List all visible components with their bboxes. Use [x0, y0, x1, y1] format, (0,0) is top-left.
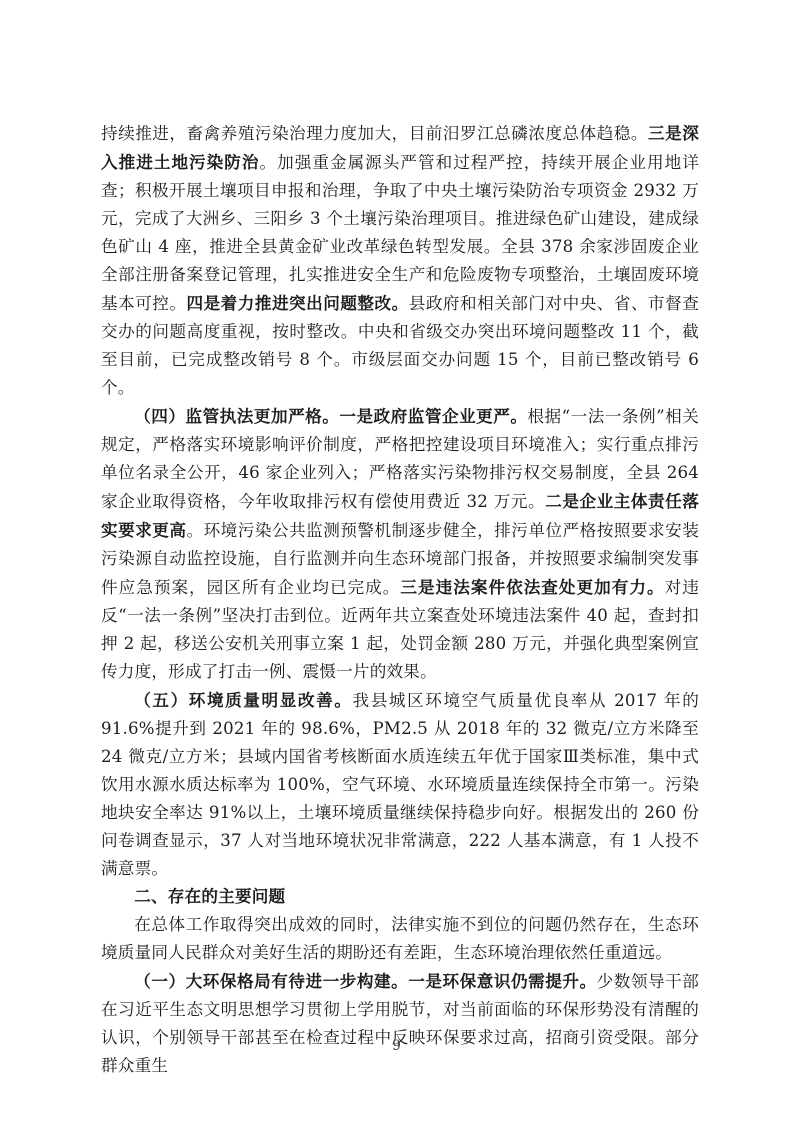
paragraph-problems-intro: 在总体工作取得突出成效的同时，法律实施不到位的问题仍然存在，生态环境质量同人民群… [101, 911, 699, 967]
text-run: 在总体工作取得突出成效的同时，法律实施不到位的问题仍然存在，生态环境质量同人民群… [101, 915, 699, 962]
page-number: 9 [0, 1038, 793, 1054]
section-heading-problems: 二、存在的主要问题 [101, 883, 699, 911]
text-run-bold: （四）监管执法更加严格。一是政府监管企业更严。 [134, 406, 527, 426]
document-body: 持续推进，畜禽养殖污染治理力度加大，目前汨罗江总磷浓度总体趋稳。三是深入推进土地… [101, 119, 699, 1080]
heading-text: 二、存在的主要问题 [134, 887, 285, 906]
paragraph-section-5: （五）环境质量明显改善。我县城区环境空气质量优良率从 2017 年的 91.6%… [101, 686, 699, 883]
paragraph-problem-1: （一）大环保格局有待进一步构建。一是环保意识仍需提升。少数领导干部在习近平生态文… [101, 967, 699, 1080]
paragraph-section-4: （四）监管执法更加严格。一是政府监管企业更严。根据“一法一条例”相关规定，严格落… [101, 402, 699, 686]
text-run-bold: （五）环境质量明显改善。 [134, 690, 352, 710]
text-run: 持续推进，畜禽养殖污染治理力度加大，目前汨罗江总磷浓度总体趋稳。 [101, 124, 648, 143]
document-page: 持续推进，畜禽养殖污染治理力度加大，目前汨罗江总磷浓度总体趋稳。三是深入推进土地… [0, 0, 793, 1122]
text-run: 我县城区环境空气质量优良率从 2017 年的 91.6%提升到 2021 年的 … [101, 691, 699, 878]
text-run-bold: 三是违法案件依法查处更加有力。 [400, 577, 664, 597]
text-run-bold: 四是着力推进突出问题整改。 [186, 293, 408, 313]
text-run-bold: （一）大环保格局有待进一步构建。一是环保意识仍需提升。 [134, 971, 596, 991]
paragraph-continuation: 持续推进，畜禽养殖污染治理力度加大，目前汨罗江总磷浓度总体趋稳。三是深入推进土地… [101, 119, 699, 402]
text-run: 。加强重金属源头严管和过程严控，持续开展企业用地详查；积极开展土壤项目申报和治理… [101, 153, 699, 313]
